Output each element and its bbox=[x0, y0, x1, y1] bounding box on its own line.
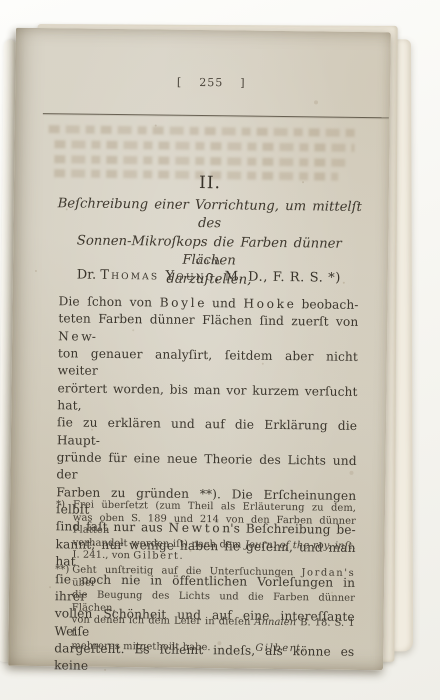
footnote-2: **) Geht unſtreitig auf die Unterſuchung… bbox=[54, 564, 355, 656]
body-line: ſie zu erklären und auf die Erklärung di… bbox=[57, 415, 357, 453]
footnote-text-segment: I. 241., von bbox=[72, 550, 133, 562]
body-line: erörtert worden, bis man vor kurzem verſ… bbox=[57, 380, 357, 418]
section-number: II. bbox=[60, 171, 360, 195]
page-number: 255 bbox=[199, 76, 223, 89]
bleedthrough-line bbox=[54, 155, 350, 167]
bleedthrough-line bbox=[54, 140, 354, 152]
editor-signature: Gilbert. bbox=[255, 642, 354, 656]
journal-name: Annalen bbox=[254, 617, 296, 629]
bleedthrough-line bbox=[49, 125, 357, 137]
page-header: [ 255 ] bbox=[61, 74, 361, 91]
body-line: gründe für eine neue Theorie des Lichts … bbox=[56, 449, 356, 487]
author-suffix: , M. D., F. R. S. *) bbox=[215, 269, 341, 286]
footnote-text-segment: über bbox=[72, 577, 96, 588]
footnote-text-segment: verhandelt worden iſt) nach dem bbox=[73, 537, 245, 550]
footnotes-block: *) Frei überſetzt (zum Theil als Erläute… bbox=[54, 499, 356, 656]
title-line: Beſchreibung einer Vorrichtung, um mitte… bbox=[53, 195, 365, 236]
book-page: [ 255 ] II. Beſchreibung einer Vorrichtu… bbox=[8, 28, 391, 671]
header-rule-divider bbox=[43, 113, 389, 118]
author-name: Thomas Young bbox=[100, 268, 215, 284]
book-photo-backdrop: [ 255 ] II. Beſchreibung einer Vorrichtu… bbox=[0, 0, 440, 700]
footnote-2-marker: **) bbox=[54, 564, 72, 652]
footnote-2-text: Geht unſtreitig auf die Unterſuchungen J… bbox=[71, 564, 355, 656]
footnote-text-segment: Geht unſtreitig auf die Unterſuchungen bbox=[72, 564, 301, 578]
footnote-line: Geht unſtreitig auf die Unterſuchungen J… bbox=[72, 564, 355, 593]
footnote-text-segment: von denen ich dem Leſer in dieſen bbox=[72, 615, 255, 628]
body-line: ton genauer analyſirt, ſeitdem aber nich… bbox=[58, 345, 358, 383]
footnote-journal-reference: Journ. of the roy. inſt. bbox=[245, 539, 356, 551]
footnote-1: *) Frei überſetzt (zum Theil als Erläute… bbox=[55, 499, 356, 566]
footnote-1-text: Frei überſetzt (zum Theil als Erläuterun… bbox=[72, 499, 356, 565]
cited-name: Jordan's bbox=[301, 567, 355, 579]
footnote-text-segment: mehreres mitgetheilt habe. bbox=[71, 640, 210, 654]
author-prefix: Dr. bbox=[77, 267, 97, 282]
body-line: teten Farben dünner Flächen ſind zuerſt … bbox=[58, 311, 358, 349]
footnote-line: von denen ich dem Leſer in dieſen Annale… bbox=[71, 615, 354, 644]
header-bracket-right: ] bbox=[240, 76, 245, 89]
footnote-line: die Beugung des Lichts und die Farben dü… bbox=[72, 590, 355, 619]
footnote-line: was oben S. 189 und 214 von den Farben d… bbox=[73, 512, 356, 541]
footnote-1-marker: *) bbox=[55, 499, 73, 562]
translator-name: Gilbert. bbox=[133, 551, 184, 563]
header-bracket-left: [ bbox=[177, 76, 182, 89]
